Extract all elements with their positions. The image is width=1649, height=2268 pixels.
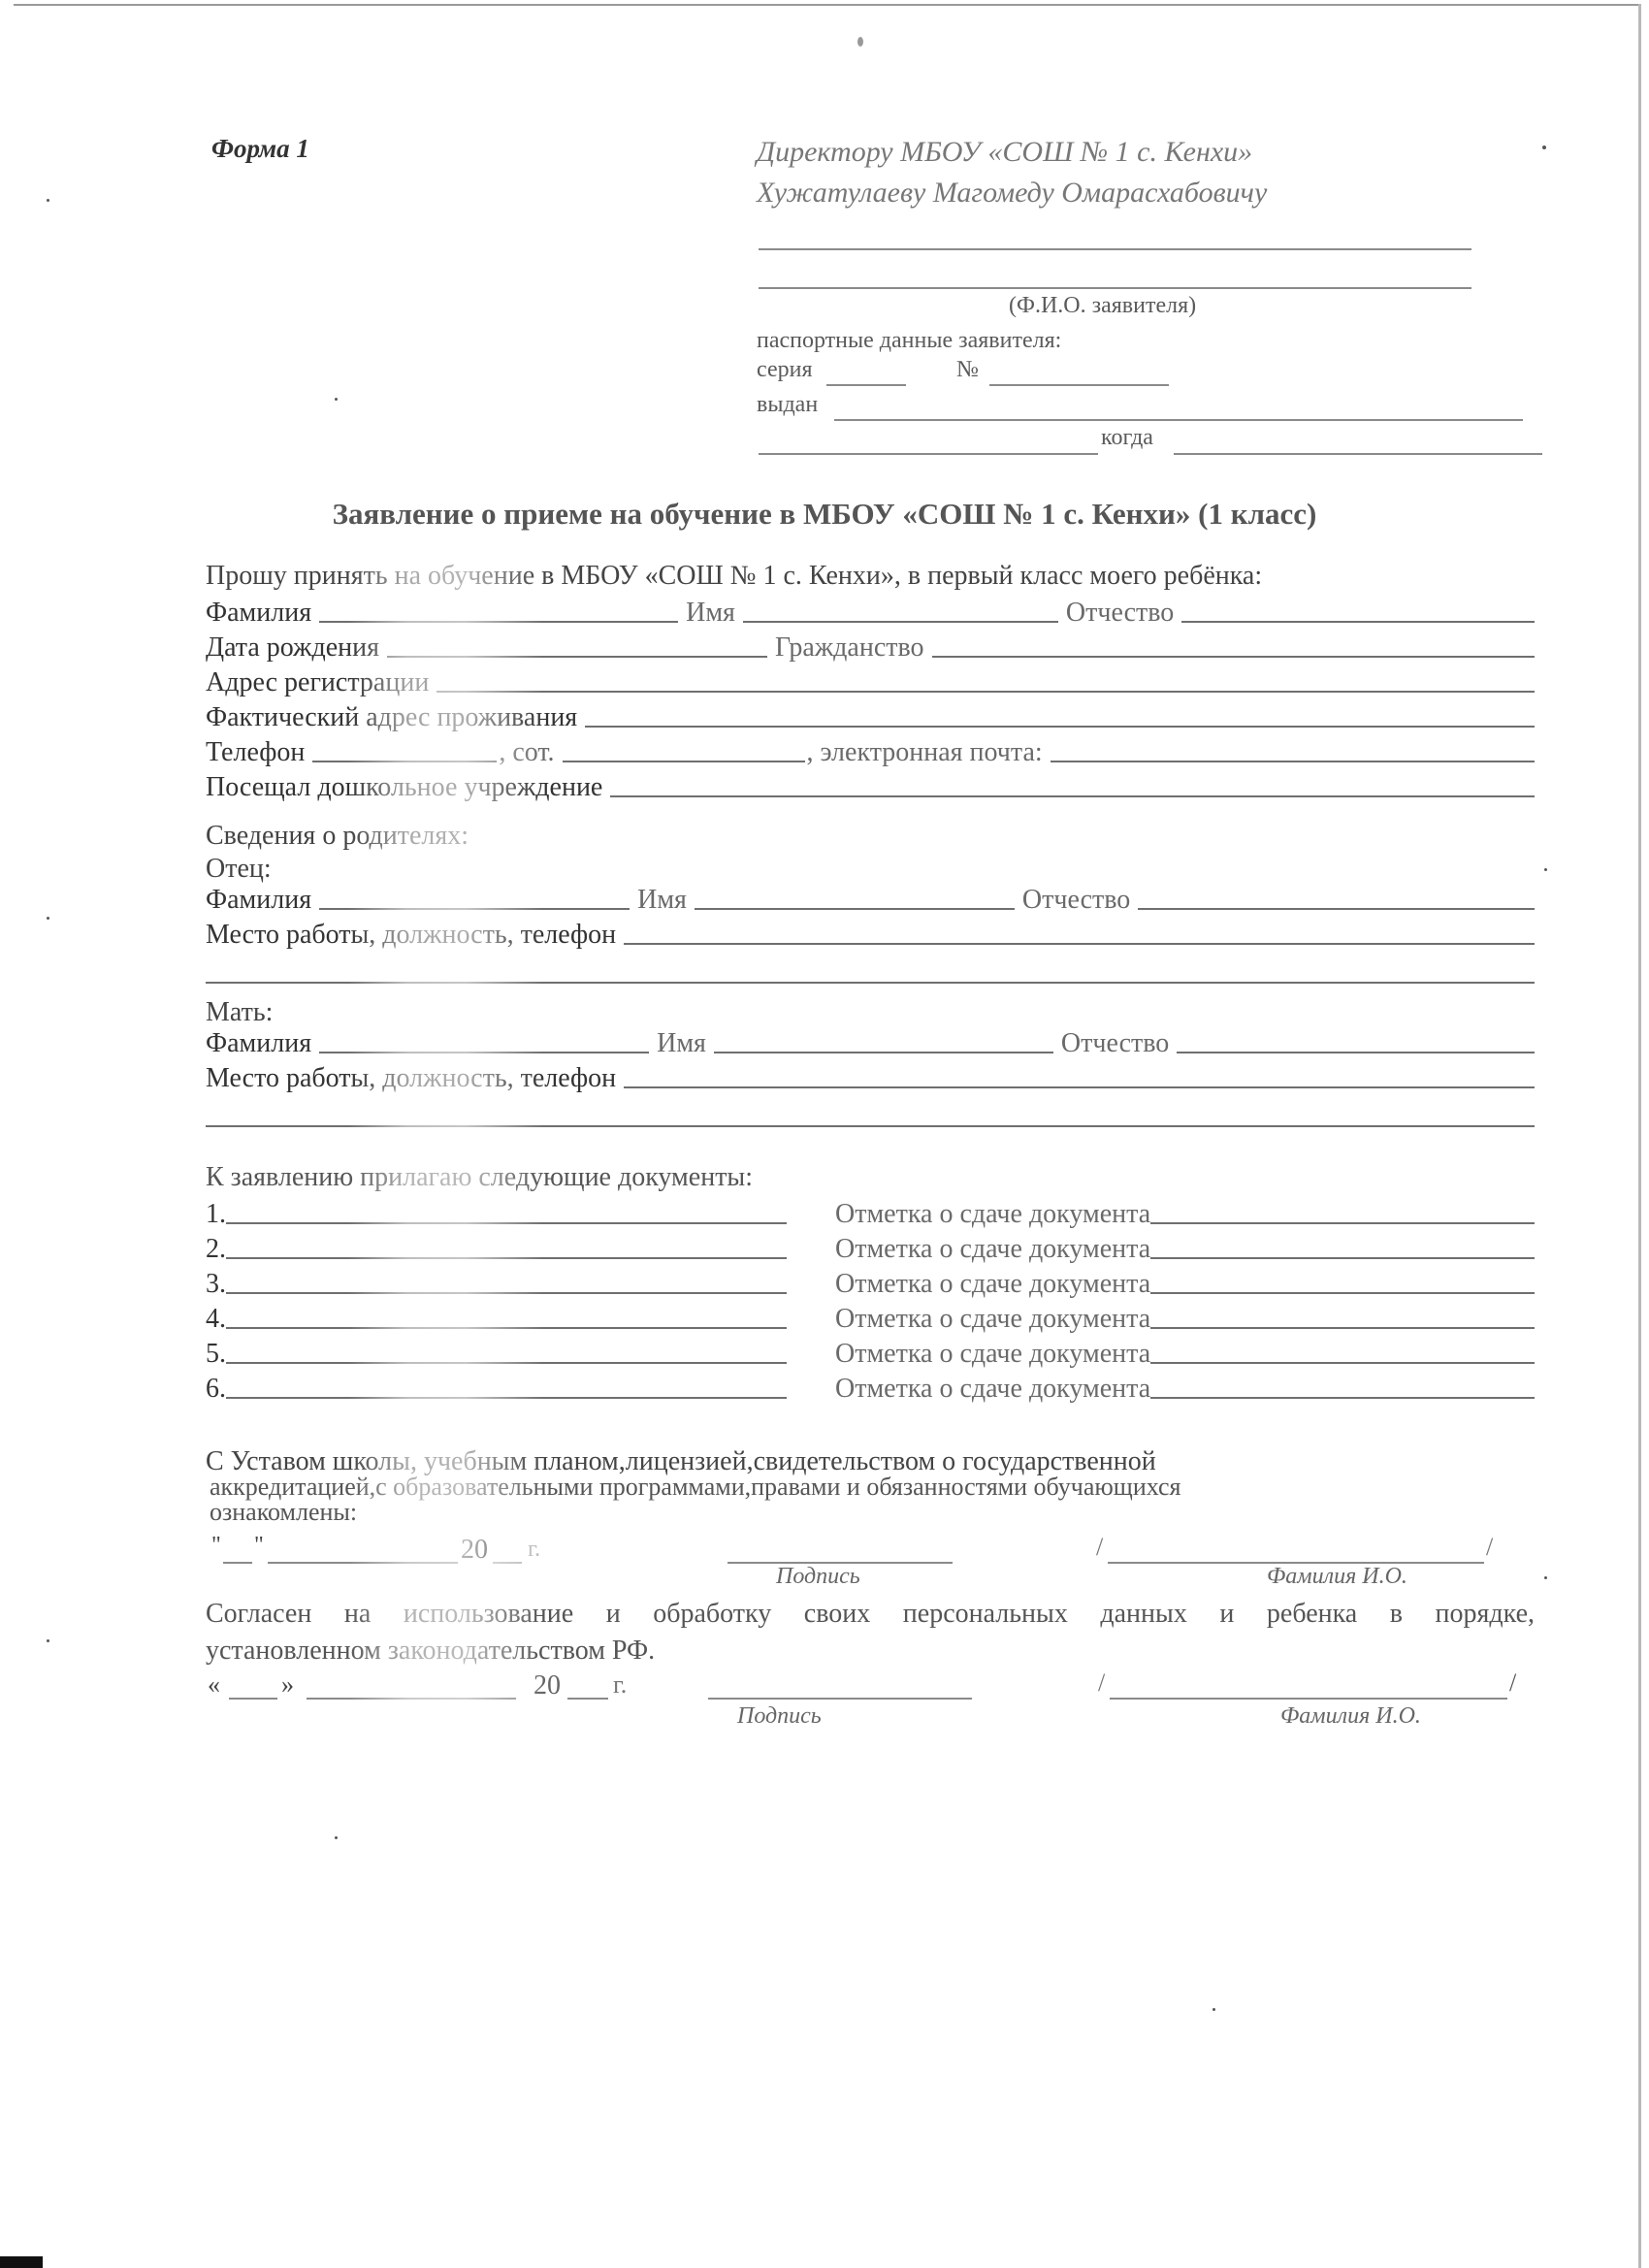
mother-name-row: Фамилия Имя Отчество (206, 1024, 1535, 1059)
passport-issued-field[interactable] (834, 419, 1523, 421)
actual-address-label: Фактический адрес проживания (206, 702, 577, 733)
parents-section-label: Сведения о родителях: (206, 821, 1535, 852)
application-title: Заявление о приеме на обучение в МБОУ «С… (0, 497, 1649, 532)
consent-year-suffix: г. (613, 1670, 627, 1700)
mother-work-row: Место работы, должность, телефон (206, 1059, 1535, 1094)
consent-name-field[interactable] (1110, 1698, 1507, 1700)
scan-page-edge-top (14, 4, 1639, 6)
registration-address-label: Адрес регистрации (206, 667, 429, 698)
email-label: , электронная почта: (807, 737, 1043, 768)
child-name-label: Имя (686, 598, 735, 629)
father-name-row: Фамилия Имя Отчество (206, 881, 1535, 916)
child-surname-field[interactable] (319, 621, 678, 623)
mother-surname-field[interactable] (319, 1052, 649, 1053)
passport-when-label: когда (1101, 425, 1153, 451)
father-work-label: Место работы, должность, телефон (206, 920, 616, 951)
document-number: 3. (206, 1269, 226, 1300)
document-mark-field[interactable] (1150, 1362, 1535, 1364)
acknowledgement-line-1: С Уставом школы, учебным планом,лицензие… (206, 1449, 1535, 1474)
scan-page-edge-right (1638, 4, 1641, 2268)
applicant-name-field-line-1[interactable] (759, 248, 1471, 250)
form-number-label: Форма 1 (211, 134, 309, 164)
scan-speck (47, 199, 49, 202)
phone-label: Телефон (206, 737, 305, 768)
passport-series-label: серия (757, 357, 812, 383)
mother-name-label: Имя (657, 1028, 706, 1059)
passport-number-label: № (956, 357, 979, 383)
addressee-line-1: Директору МБОУ «СОШ № 1 с. Кенхи» (757, 136, 1252, 169)
ack-month-field[interactable] (268, 1562, 458, 1564)
consent-month-field[interactable] (307, 1698, 516, 1700)
acknowledgement-line-2: аккредитацией,с образовательными програм… (206, 1474, 1535, 1500)
father-patronymic-label: Отчество (1022, 885, 1130, 916)
father-patronymic-field[interactable] (1138, 908, 1535, 910)
consent-name-caption: Фамилия И.О. (1280, 1703, 1421, 1730)
document-name-field[interactable] (226, 1327, 787, 1329)
document-row: 5. Отметка о сдаче документа (206, 1335, 1535, 1370)
child-registration-row: Адрес регистрации (206, 664, 1535, 698)
mother-work-row-continued (206, 1098, 1535, 1133)
applicant-name-caption: (Ф.И.О. заявителя) (1009, 293, 1196, 319)
consent-year-field[interactable] (567, 1698, 608, 1700)
mother-name-field[interactable] (714, 1052, 1053, 1053)
document-row: 3. Отметка о сдаче документа (206, 1265, 1535, 1300)
child-actual-address-row: Фактический адрес проживания (206, 698, 1535, 733)
consent-date-close-quote: » (281, 1670, 294, 1700)
child-birth-date-field[interactable] (387, 656, 767, 658)
consent-line-1: Согласен на использование и обработку св… (206, 1599, 1535, 1630)
document-row: 6. Отметка о сдаче документа (206, 1370, 1535, 1405)
scan-speck (47, 1639, 49, 1642)
child-name-field[interactable] (743, 621, 1058, 623)
consent-date-open-quote: « (208, 1670, 220, 1700)
mother-work-field-continued[interactable] (206, 1125, 1535, 1127)
document-mark-field[interactable] (1150, 1222, 1535, 1224)
child-citizenship-field[interactable] (932, 656, 1535, 658)
preschool-row: Посещал дошкольное учреждение (206, 768, 1535, 803)
ack-slash-right: / (1486, 1533, 1493, 1562)
mobile-field[interactable] (563, 761, 805, 762)
consent-line-2: установленном законодательством РФ. (206, 1636, 1535, 1667)
document-number: 4. (206, 1304, 226, 1335)
consent-day-field[interactable] (229, 1698, 277, 1700)
mother-work-label: Место работы, должность, телефон (206, 1063, 616, 1094)
consent-slash-left: / (1098, 1669, 1105, 1698)
acknowledgement-text: С Уставом школы, учебным планом,лицензие… (206, 1449, 1535, 1525)
ack-date-close-quote: " (254, 1533, 264, 1559)
document-number: 6. (206, 1374, 226, 1405)
document-mark-label: Отметка о сдаче документа (835, 1339, 1150, 1370)
document-number: 1. (206, 1199, 226, 1230)
passport-issued-field-continued[interactable] (759, 453, 1098, 455)
document-mark-label: Отметка о сдаче документа (835, 1234, 1150, 1265)
document-number: 2. (206, 1234, 226, 1265)
ack-date-open-quote: " (211, 1533, 221, 1559)
scan-speck (1544, 1576, 1547, 1579)
father-surname-label: Фамилия (206, 885, 311, 916)
mother-work-field[interactable] (624, 1086, 1535, 1088)
preschool-field[interactable] (610, 795, 1535, 797)
father-name-label: Имя (637, 885, 687, 916)
mobile-label: , сот. (499, 737, 554, 768)
child-name-row: Фамилия Имя Отчество (206, 594, 1535, 629)
contact-row: Телефон , сот. , электронная почта: (206, 733, 1535, 768)
document-mark-field[interactable] (1150, 1327, 1535, 1329)
acknowledgement-line-3: ознакомлены: (206, 1500, 1535, 1525)
registration-address-field[interactable] (436, 691, 1535, 693)
document-number: 5. (206, 1339, 226, 1370)
scan-speck (335, 398, 338, 401)
child-birth-date-label: Дата рождения (206, 632, 379, 664)
ack-name-caption: Фамилия И.О. (1267, 1564, 1407, 1590)
document-name-field[interactable] (226, 1257, 787, 1259)
document-name-field[interactable] (226, 1362, 787, 1364)
child-surname-label: Фамилия (206, 598, 311, 629)
email-field[interactable] (1051, 761, 1535, 762)
passport-number-field[interactable] (989, 384, 1169, 386)
scan-speck (335, 1836, 338, 1839)
document-mark-label: Отметка о сдаче документа (835, 1374, 1150, 1405)
document-row: 4. Отметка о сдаче документа (206, 1300, 1535, 1335)
document-mark-label: Отметка о сдаче документа (835, 1304, 1150, 1335)
scan-corner-artifact (0, 2256, 43, 2268)
ack-year-field[interactable] (493, 1562, 522, 1564)
ack-year-prefix: 20 (461, 1535, 488, 1566)
mother-surname-label: Фамилия (206, 1028, 311, 1059)
mother-patronymic-field[interactable] (1177, 1052, 1535, 1053)
passport-series-field[interactable] (826, 384, 906, 386)
document-name-field[interactable] (226, 1397, 787, 1399)
passport-data-label: паспортные данные заявителя: (757, 328, 1061, 354)
scan-speck (1544, 868, 1547, 871)
document-row: 1. Отметка о сдаче документа (206, 1195, 1535, 1230)
scan-speck (47, 917, 49, 920)
passport-when-field[interactable] (1174, 453, 1542, 455)
document-mark-field[interactable] (1150, 1397, 1535, 1399)
consent-slash-right: / (1509, 1669, 1516, 1698)
documents-intro: К заявлению прилагаю следующие документы… (206, 1162, 1535, 1193)
actual-address-field[interactable] (585, 726, 1535, 728)
ack-slash-left: / (1096, 1533, 1103, 1562)
passport-issued-label: выдан (757, 392, 818, 418)
scan-speck (857, 37, 863, 47)
document-mark-field[interactable] (1150, 1292, 1535, 1294)
father-name-field[interactable] (695, 908, 1015, 910)
document-mark-label: Отметка о сдаче документа (835, 1199, 1150, 1230)
consent-signature-field[interactable] (708, 1698, 972, 1700)
ack-year-suffix: г. (528, 1537, 540, 1563)
ack-day-field[interactable] (223, 1562, 252, 1564)
consent-signature-caption: Подпись (737, 1703, 822, 1730)
document-name-field[interactable] (226, 1292, 787, 1294)
mother-patronymic-label: Отчество (1061, 1028, 1169, 1059)
document-mark-label: Отметка о сдаче документа (835, 1269, 1150, 1300)
child-patronymic-label: Отчество (1066, 598, 1174, 629)
document-name-field[interactable] (226, 1222, 787, 1224)
father-work-field-continued[interactable] (206, 982, 1535, 984)
father-work-row: Место работы, должность, телефон (206, 916, 1535, 951)
consent-year-prefix: 20 (533, 1670, 561, 1701)
father-work-field[interactable] (624, 943, 1535, 945)
document-mark-field[interactable] (1150, 1257, 1535, 1259)
child-birth-row: Дата рождения Гражданство (206, 629, 1535, 664)
phone-field[interactable] (312, 761, 497, 762)
document-row: 2. Отметка о сдаче документа (206, 1230, 1535, 1265)
scan-speck (1542, 146, 1546, 149)
scan-speck (1212, 2008, 1215, 2011)
applicant-name-field-line-2[interactable] (759, 287, 1471, 289)
addressee-line-2: Хужатулаеву Магомеду Омарасхабовичу (757, 177, 1267, 210)
father-surname-field[interactable] (319, 908, 630, 910)
child-patronymic-field[interactable] (1181, 621, 1535, 623)
father-work-row-continued (206, 955, 1535, 989)
child-citizenship-label: Гражданство (775, 632, 924, 664)
preschool-label: Посещал дошкольное учреждение (206, 772, 602, 803)
ack-signature-caption: Подпись (776, 1564, 860, 1590)
request-intro: Прошу принять на обучение в МБОУ «СОШ № … (206, 561, 1535, 592)
